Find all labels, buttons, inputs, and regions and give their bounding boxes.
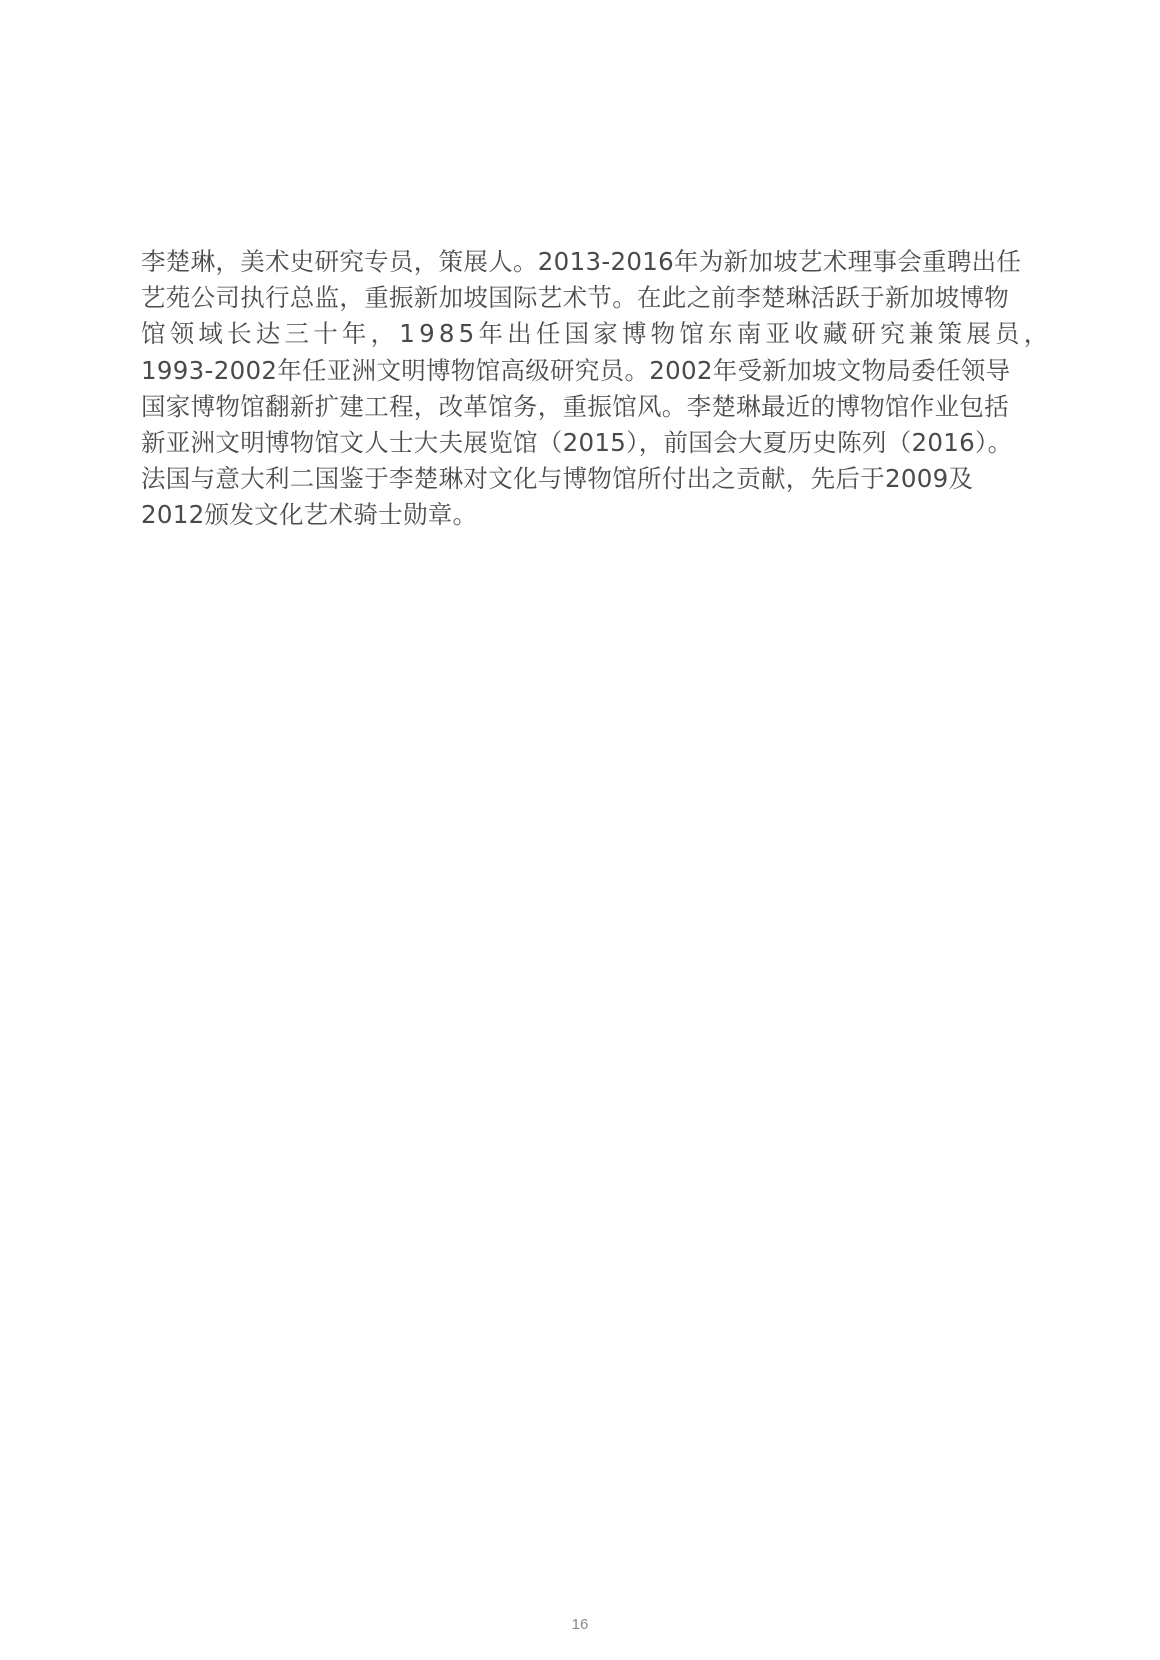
biography-line: 馆领域长达三十年，1985年出任国家博物馆东南亚收藏研究兼策展员， [141, 316, 971, 352]
page-number: 16 [0, 1616, 1160, 1633]
biography-line: 艺苑公司执行总监，重振新加坡国际艺术节。在此之前李楚琳活跃于新加坡博物 [141, 280, 971, 316]
document-page: 李楚琳，美术史研究专员，策展人。2013-2016年为新加坡艺术理事会重聘出任 … [0, 0, 1160, 1660]
biography-paragraph: 李楚琳，美术史研究专员，策展人。2013-2016年为新加坡艺术理事会重聘出任 … [141, 244, 971, 534]
biography-line: 李楚琳，美术史研究专员，策展人。2013-2016年为新加坡艺术理事会重聘出任 [141, 244, 971, 280]
biography-line: 法国与意大利二国鉴于李楚琳对文化与博物馆所付出之贡献，先后于2009及 [141, 461, 971, 497]
biography-line: 国家博物馆翻新扩建工程，改革馆务，重振馆风。李楚琳最近的博物馆作业包括 [141, 389, 971, 425]
biography-line: 新亚洲文明博物馆文人士大夫展览馆（2015），前国会大夏历史陈列（2016）。 [141, 425, 971, 461]
biography-line: 2012颁发文化艺术骑士勋章。 [141, 497, 971, 533]
biography-line: 1993-2002年任亚洲文明博物馆高级研究员。2002年受新加坡文物局委任领导 [141, 353, 971, 389]
